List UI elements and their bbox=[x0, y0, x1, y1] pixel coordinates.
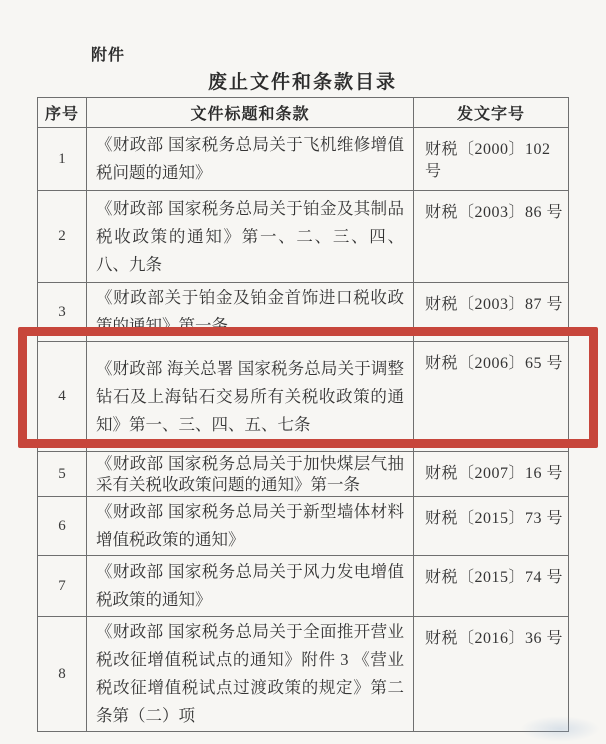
document-title-cell: 《财政部 国家税务总局关于风力发电增值税政策的通知》 bbox=[87, 556, 414, 617]
scanned-document-page: 附件 废止文件和条款目录 序号 文件标题和条款 发文字号 1 《财政部 国家税务… bbox=[0, 0, 606, 744]
column-header-index: 序号 bbox=[38, 98, 87, 128]
row-index: 2 bbox=[38, 191, 87, 283]
attachment-label: 附件 bbox=[91, 42, 125, 65]
page-title: 废止文件和条款目录 bbox=[37, 67, 568, 94]
document-title-cell: 《财政部 国家税务总局关于加快煤层气抽采有关税收政策问题的通知》第一条 bbox=[87, 452, 414, 497]
table-row: 2 《财政部 国家税务总局关于铂金及其制品税收政策的通知》第一、二、三、四、八、… bbox=[38, 191, 569, 283]
table-row: 7 《财政部 国家税务总局关于风力发电增值税政策的通知》 财税〔2015〕74 … bbox=[38, 556, 569, 617]
table-row: 8 《财政部 国家税务总局关于全面推开营业税改征增值税试点的通知》附件 3 《营… bbox=[38, 617, 569, 732]
table-row: 5 《财政部 国家税务总局关于加快煤层气抽采有关税收政策问题的通知》第一条 财税… bbox=[38, 452, 569, 497]
document-title-cell: 《财政部 国家税务总局关于飞机维修增值税问题的通知》 bbox=[87, 128, 414, 191]
column-header-doc-number: 发文字号 bbox=[414, 98, 569, 128]
document-number-cell: 财税〔2003〕86 号 bbox=[414, 191, 569, 283]
row-index: 7 bbox=[38, 556, 87, 617]
document-title-cell: 《财政部 国家税务总局关于全面推开营业税改征增值税试点的通知》附件 3 《营业税… bbox=[87, 617, 414, 732]
document-number-cell: 财税〔2000〕102 号 bbox=[414, 128, 569, 191]
document-title-cell: 《财政部 国家税务总局关于铂金及其制品税收政策的通知》第一、二、三、四、八、九条 bbox=[87, 191, 414, 283]
row-index: 5 bbox=[38, 452, 87, 497]
column-header-title: 文件标题和条款 bbox=[87, 98, 414, 128]
table-header-row: 序号 文件标题和条款 发文字号 bbox=[38, 98, 569, 128]
row-index: 6 bbox=[38, 497, 87, 556]
row-index: 8 bbox=[38, 617, 87, 732]
document-number-cell: 财税〔2015〕74 号 bbox=[414, 556, 569, 617]
scan-smudge bbox=[520, 716, 600, 742]
document-number-cell: 财税〔2007〕16 号 bbox=[414, 452, 569, 497]
row-index: 1 bbox=[38, 128, 87, 191]
document-number-cell: 财税〔2015〕73 号 bbox=[414, 497, 569, 556]
table-row: 1 《财政部 国家税务总局关于飞机维修增值税问题的通知》 财税〔2000〕102… bbox=[38, 128, 569, 191]
document-number-cell: 财税〔2016〕36 号 bbox=[414, 617, 569, 732]
document-title-cell: 《财政部 国家税务总局关于新型墙体材料增值税政策的通知》 bbox=[87, 497, 414, 556]
table-row: 6 《财政部 国家税务总局关于新型墙体材料增值税政策的通知》 财税〔2015〕7… bbox=[38, 497, 569, 556]
red-highlight-box bbox=[18, 327, 598, 448]
